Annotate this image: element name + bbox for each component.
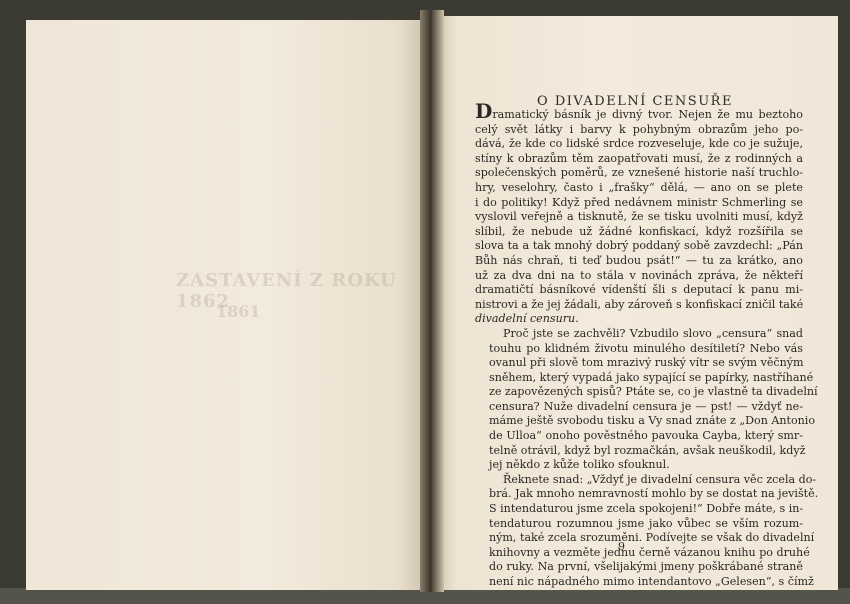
paragraph: Proč jste se zachvěli? Vzbudilo slovo „c…	[475, 327, 803, 473]
paragraph: Dramatický básník je divný tvor. Nejen ž…	[475, 104, 803, 327]
page-number: 9	[618, 540, 625, 553]
book-gutter	[420, 10, 444, 592]
show-through-text: 1861	[216, 302, 261, 321]
drop-cap: D	[475, 99, 492, 123]
left-page: ZASTAVENÍ Z ROKU 1862 1861	[26, 20, 430, 590]
paragraph: Řeknete snad: „Vždyť je divadelní censur…	[475, 473, 803, 590]
show-through-text: ZASTAVENÍ Z ROKU 1862	[176, 270, 430, 312]
body-text: Dramatický básník je divný tvor. Nejen ž…	[475, 104, 803, 590]
